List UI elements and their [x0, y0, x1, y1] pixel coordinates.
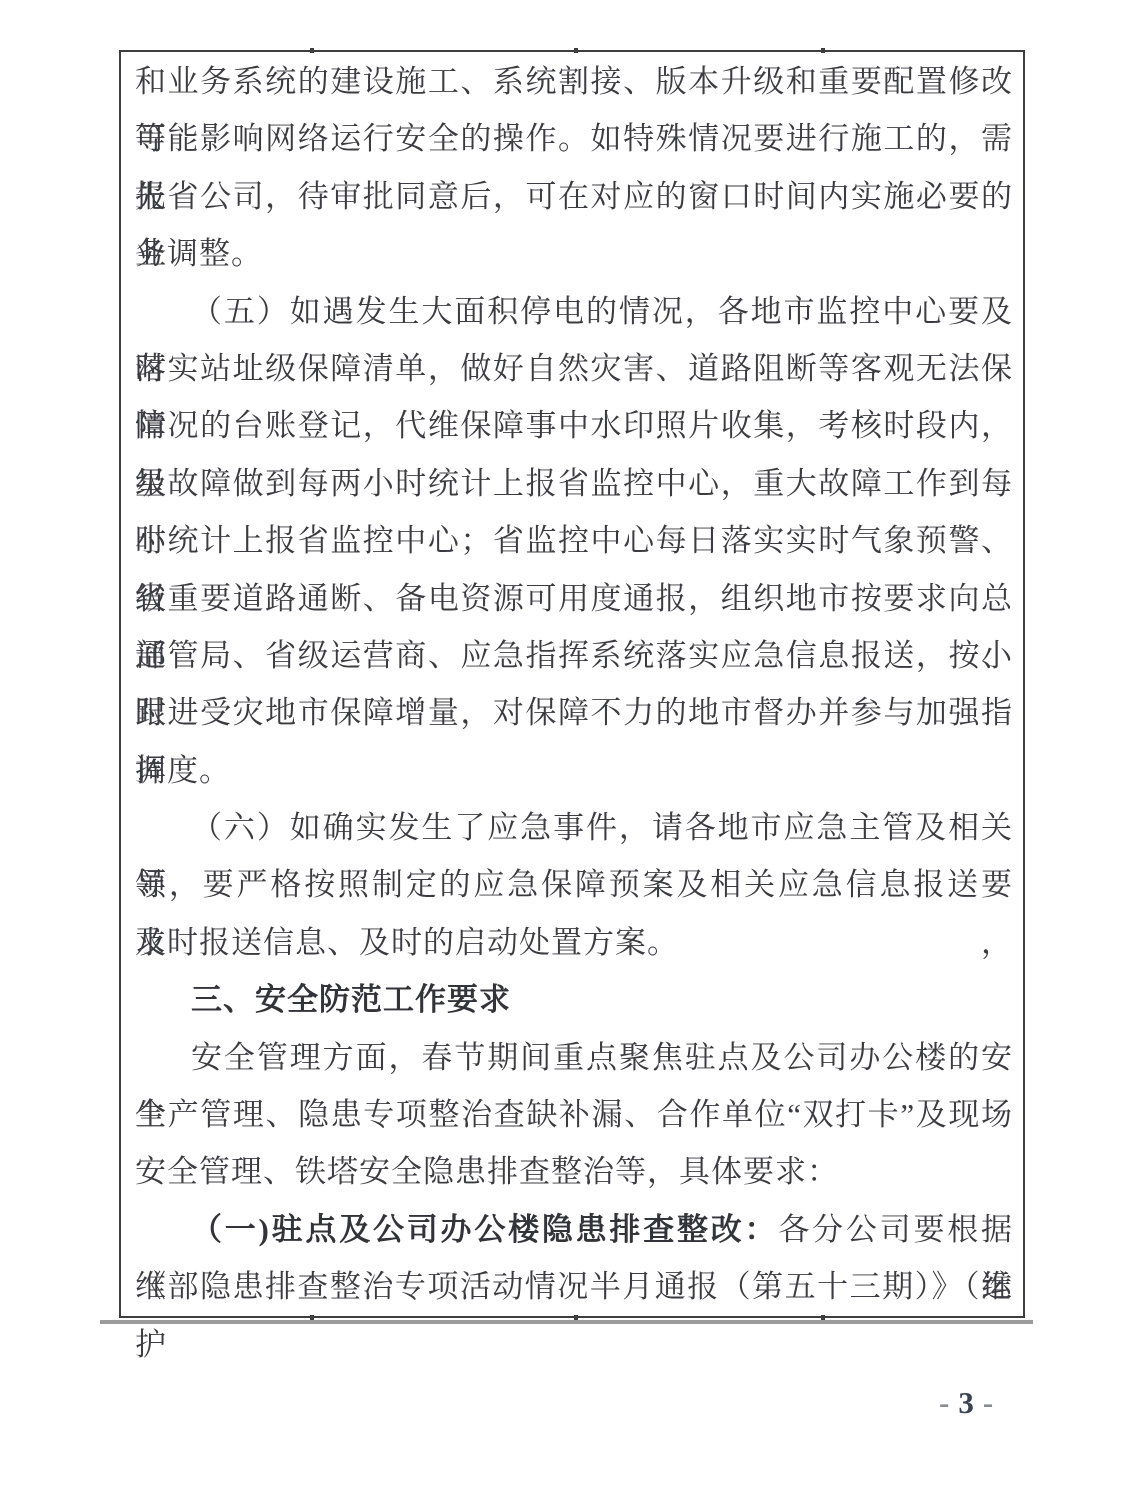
- page-number-dash: -: [939, 1385, 949, 1420]
- text-line: 导，要严格按照制定的应急保障预案及相关应急信息报送要求，: [135, 856, 1013, 913]
- text-line: 通管局、省级运营商、应急指挥系统落实应急信息报送，按小时: [135, 627, 1013, 684]
- text-line: 可能影响网络运行安全的操作。如特殊情况要进行施工的，需先: [135, 110, 1013, 167]
- document-body: 和业务系统的建设施工、系统割接、版本升级和重要配置修改等可能影响网络运行安全的操…: [135, 53, 1013, 1316]
- text-line: 和业务系统的建设施工、系统割接、版本升级和重要配置修改等: [135, 53, 1013, 110]
- text-line: 级故障做到每两小时统计上报省监控中心，重大故障工作到每小: [135, 455, 1013, 512]
- text-line: 调度。: [135, 742, 1013, 799]
- border-tick: [574, 48, 578, 53]
- text-line-bold-prefix: （一)驻点及公司办公楼隐患排查整改：: [191, 1212, 778, 1247]
- text-line: （六）如确实发生了应急事件，请各地市应急主管及相关领: [135, 799, 1013, 856]
- border-tick: [310, 48, 314, 53]
- scan-line-artifact: [100, 1320, 1033, 1324]
- text-line: （五）如遇发生大面积停电的情况，各地市监控中心要及时: [135, 283, 1013, 340]
- page-number: -3-: [930, 1385, 1080, 1421]
- text-line: 务调整。: [135, 225, 1013, 282]
- text-line: 落实站址级保障清单，做好自然灾害、道路阻断等客观无法保障: [135, 340, 1013, 397]
- text-line: 报省公司，待审批同意后，可在对应的窗口时间内实施必要的业: [135, 168, 1013, 225]
- text-line: 级重要道路通断、备电资源可用度通报，组织地市按要求向总部、: [135, 570, 1013, 627]
- text-line: 时统计上报省监控中心；省监控中心每日落实实时气象预警、省: [135, 512, 1013, 569]
- text-line: 情况的台账登记，代维保障事中水印照片收集，考核时段内，星: [135, 397, 1013, 454]
- border-tick: [821, 48, 825, 53]
- text-line: （一)驻点及公司办公楼隐患排查整改：各分公司要根据《运: [135, 1201, 1013, 1258]
- page-number-dash: -: [983, 1385, 993, 1420]
- text-line: 跟进受灾地市保障增量，对保障不力的地市督办并参与加强指挥: [135, 684, 1013, 741]
- text-line: 安全管理方面，春节期间重点聚焦驻点及公司办公楼的安全: [135, 1029, 1013, 1086]
- text-line: 安全管理、铁塔安全隐患排查整治等，具体要求：: [135, 1143, 1013, 1200]
- text-line: 生产管理、隐患专项整治查缺补漏、合作单位“双打卡”及现场: [135, 1086, 1013, 1143]
- text-line: 维部隐患排查整治专项活动情况半月通报（第五十三期）》（维护: [135, 1258, 1013, 1315]
- text-frame: 和业务系统的建设施工、系统割接、版本升级和重要配置修改等可能影响网络运行安全的操…: [119, 50, 1025, 1318]
- text-line: 三、安全防范工作要求: [135, 971, 1013, 1028]
- page-number-value: 3: [958, 1385, 974, 1420]
